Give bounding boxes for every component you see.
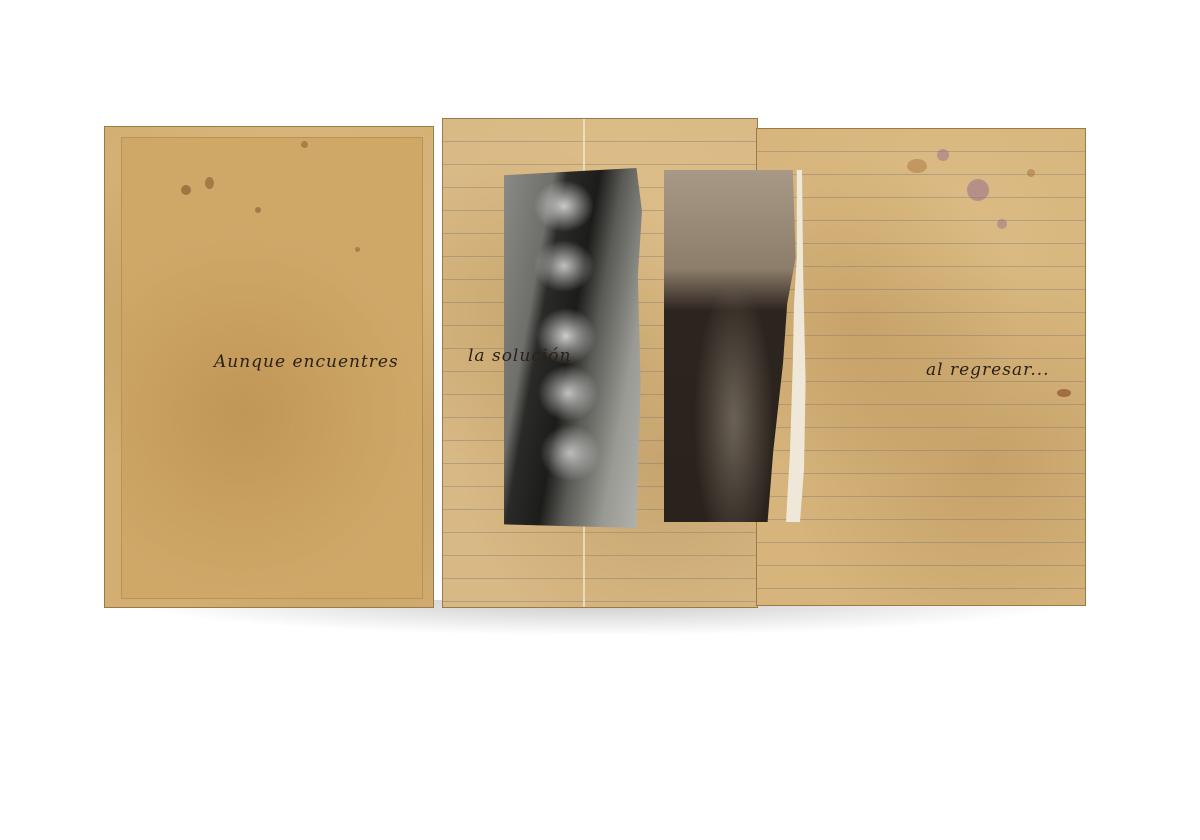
- brown-splatter: [1057, 389, 1071, 397]
- brown-splatter: [907, 159, 927, 173]
- stain: [205, 177, 214, 189]
- brown-splatter: [1027, 169, 1035, 177]
- purple-splatter: [937, 149, 949, 161]
- handwriting-fragment-2: la solución: [468, 346, 571, 366]
- purple-splatter: [997, 219, 1007, 229]
- purple-splatter: [967, 179, 989, 201]
- stain: [355, 247, 360, 252]
- stain: [301, 141, 308, 148]
- stain: [181, 185, 191, 195]
- stain: [255, 207, 261, 213]
- handwriting-fragment-1: Aunque encuentres: [214, 352, 399, 372]
- handwriting-fragment-3: al regresar...: [926, 360, 1050, 380]
